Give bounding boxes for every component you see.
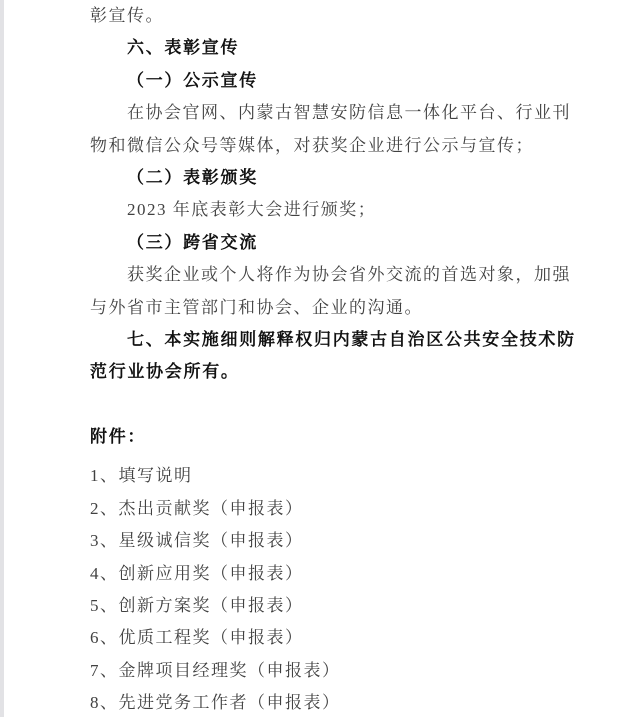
attachment-item-6: 6、优质工程奖（申报表）: [0, 622, 620, 654]
paragraph-continuation-line: 彰宣传。: [0, 0, 620, 32]
attachments-label: 附件：: [0, 421, 620, 453]
heading-6-2-award-ceremony: （二）表彰颁奖: [0, 162, 620, 194]
paragraph-line: 在协会官网、内蒙古智慧安防信息一体化平台、行业刊: [0, 97, 620, 129]
paragraph-line: 与外省市主管部门和协会、企业的沟通。: [0, 292, 620, 324]
heading-6-1-public-announcement: （一）公示宣传: [0, 65, 620, 97]
paragraph-line: 物和微信公众号等媒体，对获奖企业进行公示与宣传；: [0, 130, 620, 162]
paragraph-line: 获奖企业或个人将作为协会省外交流的首选对象，加强: [0, 259, 620, 291]
heading-section-7: 七、本实施细则解释权归内蒙古自治区公共安全技术防: [0, 324, 620, 356]
document-page: 彰宣传。六、表彰宣传（一）公示宣传在协会官网、内蒙古智慧安防信息一体化平台、行业…: [0, 0, 620, 717]
paragraph-line: 2023 年底表彰大会进行颁奖；: [0, 194, 620, 226]
heading-6-3-cross-province-exchange: （三）跨省交流: [0, 227, 620, 259]
attachment-item-5: 5、创新方案奖（申报表）: [0, 590, 620, 622]
attachment-item-4: 4、创新应用奖（申报表）: [0, 558, 620, 590]
heading-section-6: 六、表彰宣传: [0, 32, 620, 64]
attachment-item-8: 8、先进党务工作者（申报表）: [0, 687, 620, 717]
attachment-item-7: 7、金牌项目经理奖（申报表）: [0, 655, 620, 687]
heading-section-7-continuation: 范行业协会所有。: [0, 356, 620, 388]
blank-line: [0, 389, 620, 421]
attachment-item-2: 2、杰出贡献奖（申报表）: [0, 493, 620, 525]
attachment-item-3: 3、星级诚信奖（申报表）: [0, 525, 620, 557]
attachment-item-1: 1、填写说明: [0, 460, 620, 492]
